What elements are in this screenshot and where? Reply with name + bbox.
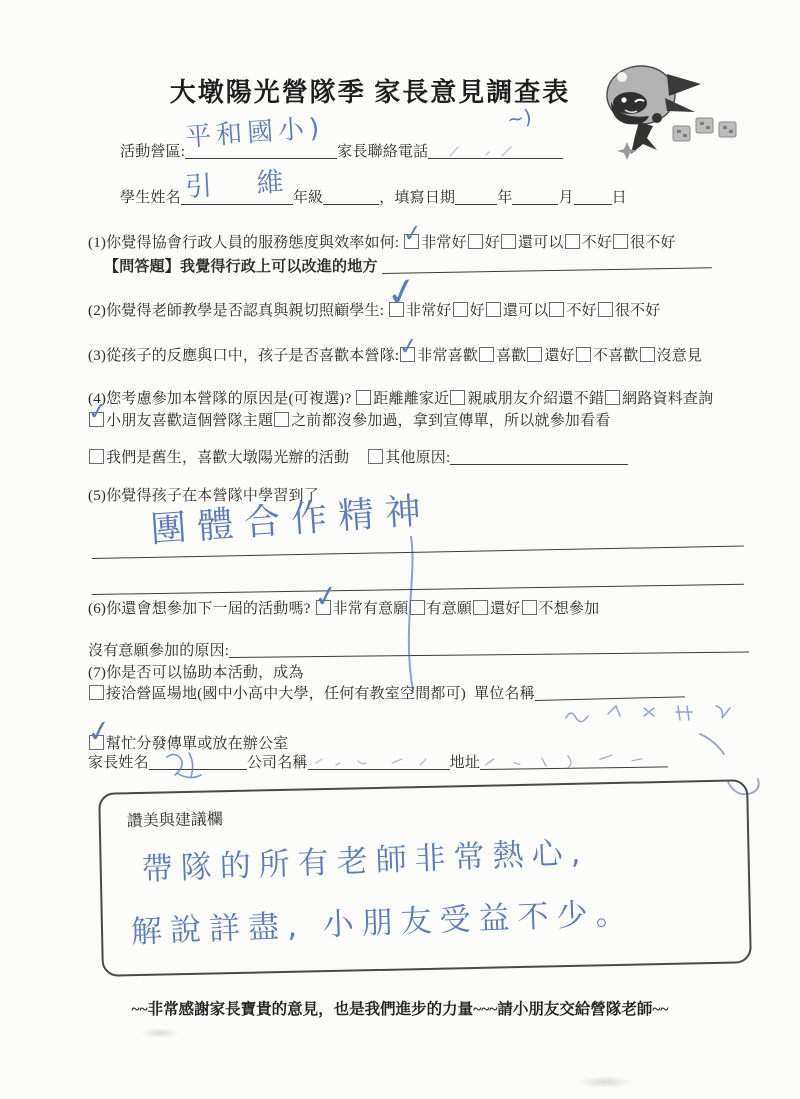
checkbox[interactable] — [640, 347, 655, 362]
illegible-marks — [428, 142, 563, 158]
checkbox[interactable] — [565, 234, 580, 249]
student-name-field[interactable]: 引 維 — [181, 188, 293, 205]
checkbox-label: 還好 — [490, 601, 520, 617]
phone-field[interactable] — [428, 142, 563, 159]
checkbox[interactable]: ✓ — [389, 302, 404, 317]
question-7-label: (7)你是否可以協助本活動，成為 — [88, 665, 304, 681]
question-1-options: ✓非常好好還可以不好很不好 — [403, 235, 675, 251]
checkbox[interactable] — [501, 234, 516, 249]
scan-smudge — [575, 1076, 635, 1088]
camp-row: 活動營區:平和國小)家長聯絡電話 — [120, 140, 563, 161]
illegible-marks — [308, 753, 450, 769]
checkbox[interactable] — [356, 390, 371, 405]
student-label: 學生姓名 — [120, 190, 181, 206]
checkbox-label: 很不好 — [630, 235, 676, 251]
mascot-logo — [597, 58, 747, 166]
question-4-label: (4)您考慮參加本營隊的原因是(可複選)? — [88, 391, 355, 407]
checkbox[interactable] — [89, 685, 104, 700]
parent-name-label: 家長姓名 — [88, 755, 149, 771]
footer-note: ~~非常感謝家長寶貴的意見，也是我們進步的力量~~~請小朋友交給營隊老師~~ — [0, 997, 800, 1019]
illegible-marks — [480, 750, 668, 769]
checkbox-label: 非常好 — [406, 303, 452, 319]
comment-box-title: 讚美與建議欄 — [126, 806, 222, 831]
checkbox[interactable]: ✓ — [400, 347, 415, 362]
day-field[interactable] — [574, 188, 612, 205]
open-question: 【問答題】我覺得行政上可以改進的地方 — [104, 255, 712, 276]
camp-label: 活動營區: — [120, 144, 185, 160]
checkbox[interactable]: ✓ — [89, 412, 104, 427]
checkbox-label: 接洽營區場地(國中小高中大學，任何有教室空間都可) — [106, 686, 466, 702]
contact-row: 家長姓名公司名稱地址 — [88, 751, 668, 772]
comment-handwritten-line2: 解說詳盡, 小朋友受益不少。 — [130, 887, 635, 951]
question-4-options-row3a: 我們是舊生，喜歡大墩陽光辦的活動 — [88, 450, 349, 466]
question-4-row2: ✓小朋友喜歡這個營隊主題之前都沒參加過，拿到宣傳單，所以就參加看看 — [88, 409, 610, 430]
checkbox-label: 有意願 — [427, 601, 473, 617]
checkbox-label: 親戚朋友介紹還不錯 — [467, 391, 604, 407]
no-reason-label: 沒有意願參加的原因: — [88, 643, 229, 659]
checkbox-label: 不想參加 — [539, 601, 600, 617]
checkbox-label: 非常有意願 — [333, 601, 409, 617]
no-reason-row: 沒有意願參加的原因: — [88, 639, 749, 660]
question-2-options: ✓非常好好還可以不好很不好 — [388, 303, 660, 319]
checkbox[interactable] — [605, 390, 620, 405]
parent-name-field[interactable] — [149, 753, 247, 770]
day-label: 日 — [612, 190, 627, 206]
checkbox-label: 非常好 — [421, 235, 467, 251]
checkbox[interactable] — [549, 302, 564, 317]
checkbox[interactable] — [598, 302, 613, 317]
pen-mark-annotation: ~) — [505, 104, 533, 131]
form-title: 大墩陽光營隊季 家長意見調查表 — [135, 72, 605, 109]
checkbox-label: 還可以 — [518, 235, 564, 251]
month-field[interactable] — [512, 188, 558, 205]
student-row: 學生姓名引 維年級，填寫日期年月日 — [120, 186, 627, 207]
year-label: 年 — [497, 190, 512, 206]
checkbox[interactable] — [468, 234, 483, 249]
address-field[interactable] — [480, 750, 668, 770]
question-3-options: ✓非常喜歡喜歡還好不喜歡沒意見 — [399, 348, 702, 364]
checkbox[interactable] — [89, 449, 104, 464]
question-4-options-row3b: 其他原因: — [367, 450, 450, 466]
checkbox[interactable]: ✓ — [404, 234, 419, 249]
grade-field[interactable] — [323, 188, 379, 205]
checkbox-label: 之前都沒參加過，拿到宣傳單，所以就參加看看 — [291, 413, 610, 429]
question-4-options-row2: ✓小朋友喜歡這個營隊主題之前都沒參加過，拿到宣傳單，所以就參加看看 — [88, 413, 610, 429]
checkbox[interactable]: ✓ — [89, 735, 104, 750]
student-handwritten-name: 引 維 — [184, 159, 302, 204]
checkbox[interactable] — [274, 412, 289, 427]
checkbox-label: 小朋友喜歡這個營隊主題 — [106, 413, 273, 429]
question-1-label: (1)你覺得協會行政人員的服務態度與效率如何: — [88, 235, 403, 251]
question-6-options: ✓非常有意願有意願還好不想參加 — [315, 601, 600, 617]
checkbox-label: 非常喜歡 — [417, 348, 478, 364]
no-reason-field[interactable] — [229, 636, 749, 658]
address-label: 地址 — [450, 755, 480, 771]
checkbox[interactable] — [527, 347, 542, 362]
checkbox-label: 好 — [485, 235, 500, 251]
checkbox[interactable]: ✓ — [316, 600, 331, 615]
checkbox-label: 還可以 — [503, 303, 549, 319]
camp-handwritten-value: 平和國小) — [184, 107, 325, 154]
checkbox[interactable] — [410, 600, 425, 615]
checkbox-label: 喜歡 — [496, 348, 526, 364]
checkbox-label: 好 — [470, 303, 485, 319]
checkbox-label: 不喜歡 — [593, 348, 639, 364]
checkbox-label: 其他原因: — [385, 450, 450, 466]
illegible-handwriting — [149, 747, 247, 785]
question-3-label: (3)從孩子的反應與口中，孩子是否喜歡本營隊: — [88, 348, 399, 364]
checkbox-label: 很不好 — [615, 303, 661, 319]
month-label: 月 — [558, 190, 573, 206]
other-reason-field[interactable] — [450, 448, 628, 465]
year-field[interactable] — [455, 188, 497, 205]
comment-box[interactable]: 讚美與建議欄 帶隊的所有老師非常熱心, 解說詳盡, 小朋友受益不少。 — [98, 779, 752, 977]
checkbox[interactable] — [450, 390, 465, 405]
checkbox[interactable] — [473, 600, 488, 615]
checkbox[interactable] — [368, 449, 383, 464]
checkbox[interactable] — [453, 302, 468, 317]
open-question-field[interactable] — [381, 251, 711, 274]
date-prefix-label: ，填寫日期 — [379, 190, 455, 206]
checkbox-label: 不好 — [566, 303, 596, 319]
question-4-options-row1: 距離離家近親戚朋友介紹還不錯網路資料查詢 — [355, 391, 713, 407]
question-6: (6)你還會想參加下一屆的活動嗎? ✓非常有意願有意願還好不想參加 — [88, 597, 599, 618]
checkbox-label: 還好 — [544, 348, 574, 364]
comment-handwritten-line1: 帶隊的所有老師非常熱心, — [141, 827, 589, 889]
checkbox[interactable] — [486, 302, 501, 317]
scan-smudge — [140, 1028, 180, 1038]
checkbox-label: 不好 — [582, 235, 612, 251]
camp-field[interactable]: 平和國小) — [185, 142, 337, 159]
question-7: (7)你是否可以協助本活動，成為 — [88, 661, 304, 682]
illegible-handwriting — [556, 698, 756, 728]
scanned-survey-form: 大墩陽光營隊季 家長意見調查表 — [0, 0, 800, 1099]
company-name-field[interactable] — [308, 753, 450, 770]
checkbox[interactable] — [613, 234, 628, 249]
question-1: (1)你覺得協會行政人員的服務態度與效率如何: ✓非常好好還可以不好很不好 — [88, 231, 676, 252]
phone-label: 家長聯絡電話 — [337, 144, 428, 160]
mascot-icon — [597, 58, 747, 166]
open-question-label: 【問答題】我覺得行政上可以改進的地方 — [104, 259, 378, 275]
question-7-option-1-checkbox: 接洽營區場地(國中小高中大學，任何有教室空間都可) — [88, 686, 466, 702]
checkbox[interactable] — [479, 347, 494, 362]
checkbox-label: 沒意見 — [657, 348, 703, 364]
checkbox[interactable] — [576, 347, 591, 362]
checkbox-label: 距離離家近 — [373, 391, 449, 407]
checkbox-label: 網路資料查詢 — [622, 391, 713, 407]
question-4-row3: 我們是舊生，喜歡大墩陽光辦的活動其他原因: — [88, 446, 628, 467]
question-2-label: (2)你覺得老師教學是否認真與親切照顧學生: — [88, 303, 388, 319]
company-name-label: 公司名稱 — [247, 755, 308, 771]
question-3: (3)從孩子的反應與口中，孩子是否喜歡本營隊:✓非常喜歡喜歡還好不喜歡沒意見 — [88, 344, 702, 365]
question-6-label: (6)你還會想參加下一屆的活動嗎? — [88, 601, 315, 617]
checkbox[interactable] — [522, 600, 537, 615]
question-2: (2)你覺得老師教學是否認真與親切照顧學生: ✓非常好好還可以不好很不好 — [88, 299, 660, 320]
question-4: (4)您考慮參加本營隊的原因是(可複選)? 距離離家近親戚朋友介紹還不錯網路資料… — [88, 387, 713, 408]
checkbox-label: 我們是舊生，喜歡大墩陽光辦的活動 — [106, 450, 349, 466]
unit-name-label: 單位名稱 — [474, 686, 535, 702]
